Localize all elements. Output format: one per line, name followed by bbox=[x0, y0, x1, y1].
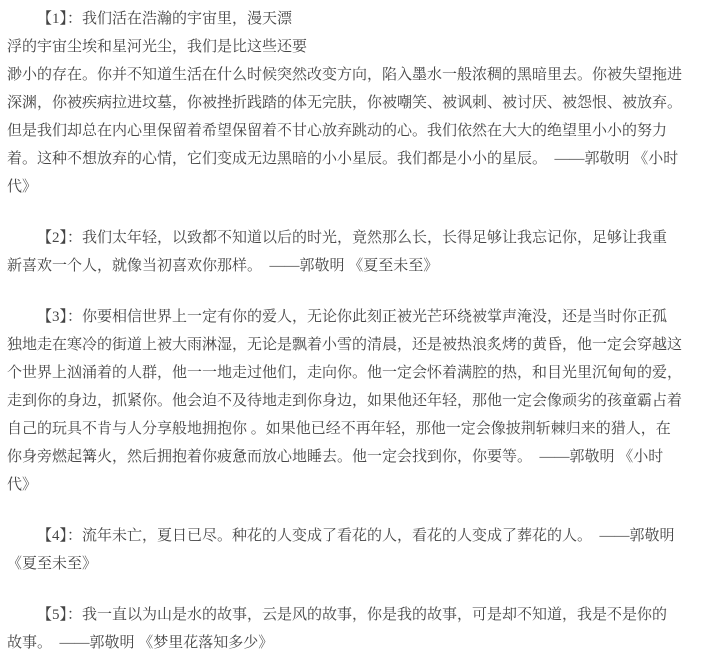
quote-paragraph-1: 【1】：我们活在浩瀚的宇宙里，漫天漂 浮的宇宙尘埃和星河光尘，我们是比这些还要 … bbox=[7, 5, 698, 201]
quote-paragraph-4: 【4】：流年未亡，夏日已尽。种花的人变成了看花的人，看花的人变成了葬花的人。 —… bbox=[7, 522, 698, 578]
quote-paragraph-3: 【3】：你要相信世界上一定有你的爱人，无论你此刻正被光芒环绕被掌声淹没，还是当时… bbox=[7, 303, 698, 499]
quote-paragraph-5: 【5】：我一直以为山是水的故事，云是风的故事，你是我的故事，可是却不知道，我是不… bbox=[7, 601, 698, 649]
quotes-document: 【1】：我们活在浩瀚的宇宙里，漫天漂 浮的宇宙尘埃和星河光尘，我们是比这些还要 … bbox=[0, 0, 705, 649]
quote-paragraph-2: 【2】：我们太年轻，以致都不知道以后的时光，竟然那么长，长得足够让我忘记你，足够… bbox=[7, 224, 698, 280]
